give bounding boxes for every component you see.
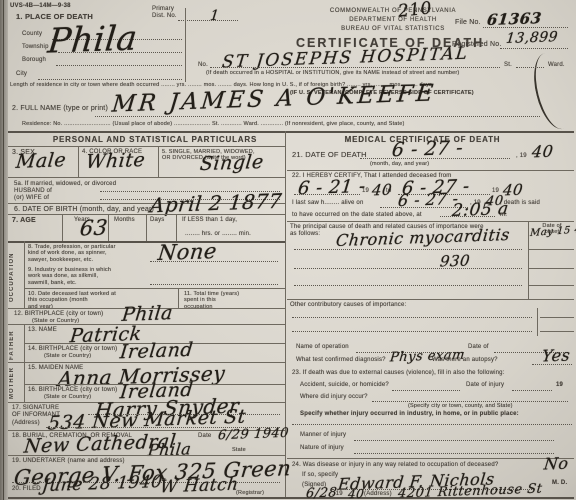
residence-line: Residence: No. .........................… (22, 121, 570, 127)
death-certificate-scan: UVS-4B—14M—9-38 1. PLACE OF DEATH Primar… (0, 0, 576, 500)
occurred-label: to have occurred on the date stated abov… (292, 212, 422, 219)
age-label: 7. AGE (12, 217, 36, 225)
form-code: UVS-4B—14M—9-38 (10, 3, 71, 10)
informant-address-label: (Address) (12, 420, 40, 427)
hospital-ward-label: Ward. (548, 62, 565, 69)
from-year-printed: 19 (362, 188, 369, 195)
birthplace-label: 12. BIRTHPLACE (city or town) (14, 311, 103, 318)
operation-label: Name of operation (296, 344, 349, 351)
specify-injury-label: Specify whether injury occurred in indus… (300, 411, 574, 418)
burial-place2-value: Phila (147, 439, 192, 460)
township-label: Township (22, 44, 49, 51)
father-birthplace-sub: (State or Country) (44, 353, 91, 359)
age-years-value: 63 (79, 215, 109, 240)
external-causes-label: 23. If death was due to external causes … (292, 370, 505, 377)
hospital-value: St Josephs Hospital (221, 44, 470, 73)
page-number: 210 (397, 0, 433, 22)
operation-date-label: Date of (468, 344, 489, 351)
file-no-value: 61363 (486, 9, 543, 29)
md-label: M. D. (552, 480, 567, 487)
where-injury-label: Where did injury occur? (300, 394, 368, 401)
left-section-title: PERSONAL AND STATISTICAL PARTICULARS (30, 135, 280, 144)
sign-year-printed: , 19 (332, 491, 343, 498)
age-days-label: Days (150, 217, 164, 224)
burial-date-label: Date (198, 433, 211, 440)
age-less-label: If LESS than 1 day, (182, 217, 237, 224)
mother-birthplace-sub: (State or Country) (44, 394, 91, 400)
marital-value: Single (199, 151, 265, 175)
binding-edge (0, 0, 8, 500)
filed-value: June 28 1940 (41, 472, 164, 496)
borough-label: Borough (22, 57, 46, 64)
father-birthplace-value: Ireland (119, 339, 194, 364)
hospital-note: (If death occurred in a HOSPITAL or INST… (206, 70, 572, 76)
trade-value: None (157, 239, 218, 265)
m-label: m. (500, 212, 507, 219)
race-value: White (85, 149, 147, 173)
primary-dist-value: 1 (209, 8, 220, 24)
accident-label: Accident, suicide, or homicide? (300, 382, 389, 389)
occupation-side-label: OCCUPATION (9, 248, 15, 306)
occupation-related-label: 24. Was disease or injury in any way rel… (292, 462, 498, 469)
date-of-death-label: 21. DATE OF DEATH (292, 151, 367, 160)
full-name-label: 2. FULL NAME (type or print) (12, 105, 108, 113)
mother-side-label: MOTHER (9, 366, 15, 400)
place-of-death-value: Phila (46, 18, 139, 61)
dob-label: 6. DATE OF BIRTH (month, day, and year) (14, 206, 154, 214)
father-birthplace-label: 14. BIRTHPLACE (city or town) (28, 346, 117, 353)
autopsy-value: Yes (541, 345, 571, 365)
registrar-label: (Registrar) (236, 490, 264, 496)
autopsy-label: Was there an autopsy? (432, 357, 498, 364)
injury-year-printed: 19 (556, 382, 563, 389)
last-saw-label: I last saw h........ alive on (292, 200, 364, 207)
commonwealth-line1: COMMONWEALTH OF PENNSYLVANIA (288, 8, 498, 15)
burial-date-value: 6/29 1940 (217, 426, 289, 444)
hospital-st-label: St. (504, 62, 512, 69)
nature-of-injury-label: Nature of injury (300, 445, 344, 452)
primary-dist-label: Primary Dist. No. (152, 6, 177, 20)
filed-label: 20. FILED (12, 486, 41, 493)
county-label: County (22, 31, 42, 38)
file-no-label: File No. (455, 19, 481, 27)
manner-of-injury-label: Manner of injury (300, 432, 346, 439)
city-label: City (16, 71, 27, 78)
test-label: What test confirmed diagnosis? (296, 357, 386, 364)
where-injury-sub: (Specify city or town, county, and State… (408, 403, 513, 409)
attended-from-value: 6 - 21 - (297, 176, 367, 199)
age-less-sub: ........ hrs. or ........ min. (185, 231, 251, 238)
if-so-specify-label: If so, specify (302, 472, 338, 479)
hospital-no-label: No. (198, 62, 208, 69)
contributory-label: Other contributory causes of importance: (290, 302, 406, 309)
age-months-label: Months (114, 217, 135, 224)
mother-birthplace-label: 16. BIRTHPLACE (city or town) (28, 387, 117, 394)
father-name-label: 13. NAME (28, 327, 57, 334)
sign-address-label: (Address) (364, 491, 392, 498)
occupation-related-value: No (543, 454, 570, 474)
filed-signature: W Hatch (159, 475, 240, 498)
to-label: to (386, 188, 391, 195)
registered-no-value: 13,899 (505, 29, 559, 47)
sign-year-value: 40 (347, 487, 365, 500)
injury-date-label: Date of injury (466, 382, 504, 389)
dod-year-printed: , 19 (516, 153, 527, 160)
father-side-label: FATHER (9, 328, 15, 362)
to-year-value: 40 (502, 181, 524, 200)
sex-value: Male (15, 149, 67, 173)
dod-year-value: 40 (531, 142, 554, 162)
burial-state-label: State (232, 447, 246, 453)
dod-sub: (month, day, and year) (370, 161, 429, 167)
